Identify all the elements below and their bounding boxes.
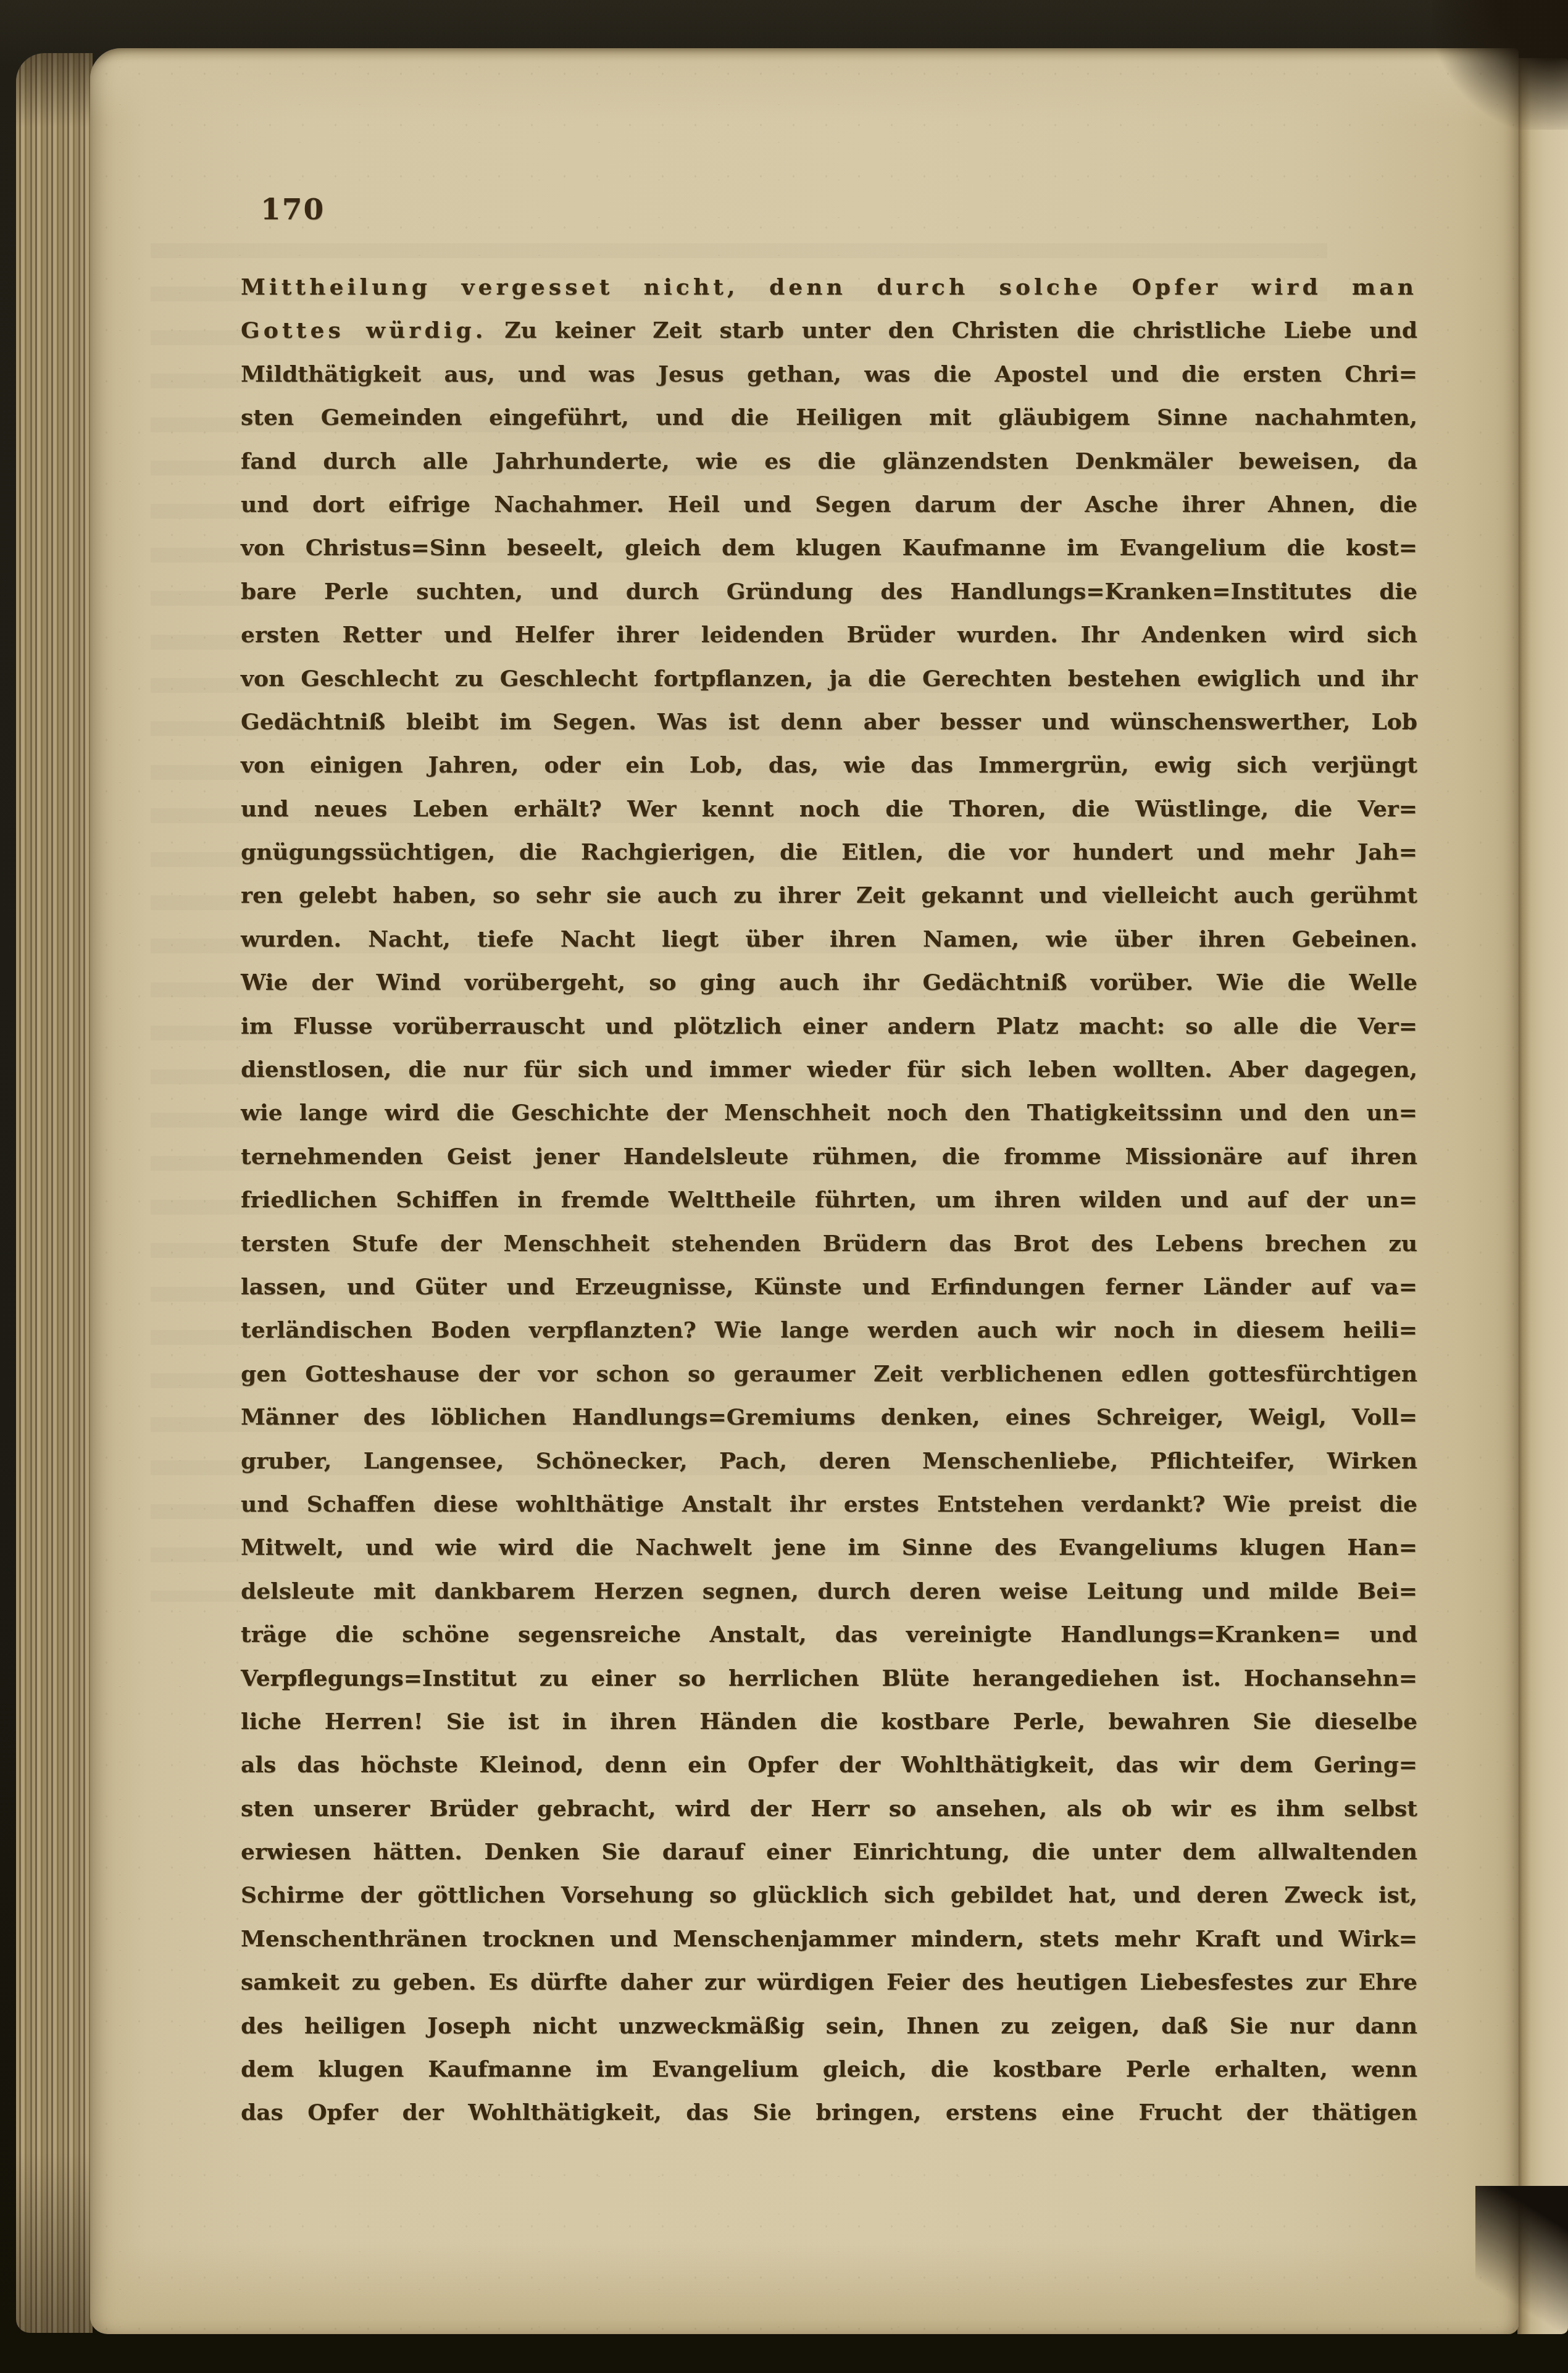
text-line: Mittheilung vergesset nicht, denn durch … (241, 266, 1417, 309)
text-line: und dort eifrige Nachahmer. Heil und Seg… (241, 483, 1417, 526)
text-line: das Opfer der Wohlthätigkeit, das Sie br… (241, 2091, 1417, 2134)
text-line: wie lange wird die Geschichte der Mensch… (241, 1091, 1417, 1134)
emphasized-text: Gottes würdig. (241, 317, 486, 343)
text-line: liche Herren! Sie ist in ihren Händen di… (241, 1700, 1417, 1743)
text-line: wurden. Nacht, tiefe Nacht liegt über ih… (241, 918, 1417, 961)
text-line: terländischen Boden verpflanzten? Wie la… (241, 1308, 1417, 1352)
text-line: tersten Stufe der Menschheit stehenden B… (241, 1222, 1417, 1265)
text-line: Wie der Wind vorübergeht, so ging auch i… (241, 961, 1417, 1004)
text-line: friedlichen Schiffen in fremde Welttheil… (241, 1178, 1417, 1221)
emphasized-text: Mittheilung vergesset nicht, denn durch … (241, 274, 1417, 300)
text-line: samkeit zu geben. Es dürfte daher zur wü… (241, 1961, 1417, 2004)
text-line: dienstlosen, die nur für sich und immer … (241, 1048, 1417, 1091)
text-line: Mildthätigkeit aus, und was Jesus gethan… (241, 353, 1417, 396)
text-line: lassen, und Güter und Erzeugnisse, Künst… (241, 1265, 1417, 1308)
page-number: 170 (261, 193, 325, 227)
text-line: und Schaffen diese wohlthätige Anstalt i… (241, 1483, 1417, 1526)
text-line: im Flusse vorüberrauscht und plötzlich e… (241, 1005, 1417, 1048)
text-line: ternehmenden Geist jener Handelsleute rü… (241, 1135, 1417, 1178)
text-line: Schirme der göttlichen Vorsehung so glüc… (241, 1873, 1417, 1917)
text-line: erwiesen hätten. Denken Sie darauf einer… (241, 1830, 1417, 1873)
text-line: träge die schöne segensreiche Anstalt, d… (241, 1613, 1417, 1656)
page-edge-stack (16, 53, 93, 2333)
text-line: gen Gotteshause der vor schon so geraume… (241, 1352, 1417, 1396)
text-line: gruber, Langensee, Schönecker, Pach, der… (241, 1439, 1417, 1483)
text-line: ersten Retter und Helfer ihrer leidenden… (241, 613, 1417, 656)
text-line: Mitwelt, und wie wird die Nachwelt jene … (241, 1526, 1417, 1569)
text-line: Männer des löblichen Handlungs=Gremiums … (241, 1396, 1417, 1439)
text-line: des heiligen Joseph nicht unzweckmäßig s… (241, 2004, 1417, 2048)
gutter-shadow-top (1432, 0, 1568, 130)
text-line: delsleute mit dankbarem Herzen segnen, d… (241, 1570, 1417, 1613)
text-line: dem klugen Kaufmanne im Evangelium gleic… (241, 2048, 1417, 2091)
adjacent-page-edge (1517, 58, 1568, 2334)
text-line: Gedächtniß bleibt im Segen. Was ist denn… (241, 700, 1417, 743)
text-line: von Christus=Sinn beseelt, gleich dem kl… (241, 526, 1417, 569)
text-line: von einigen Jahren, oder ein Lob, das, w… (241, 743, 1417, 787)
text-line: ren gelebt haben, so sehr sie auch zu ih… (241, 874, 1417, 917)
text-line: und neues Leben erhält? Wer kennt noch d… (241, 787, 1417, 831)
text-line: sten Gemeinden eingeführt, und die Heili… (241, 396, 1417, 439)
text-line: Verpflegungs=Institut zu einer so herrli… (241, 1657, 1417, 1700)
text-line: sten unserer Brüder gebracht, wird der H… (241, 1787, 1417, 1830)
text-line: Gottes würdig. Zu keiner Zeit starb unte… (241, 309, 1417, 352)
gutter-shadow-bottom (1475, 2186, 1568, 2373)
text-line: gnügungssüchtigen, die Rachgierigen, die… (241, 831, 1417, 874)
book-page: 170 Mittheilung vergesset nicht, denn du… (90, 48, 1519, 2334)
text-line: bare Perle suchten, und durch Gründung d… (241, 570, 1417, 613)
text-line: von Geschlecht zu Geschlecht fortpflanze… (241, 657, 1417, 700)
body-text: Mittheilung vergesset nicht, denn durch … (241, 266, 1417, 2135)
text-line: Menschenthränen trocknen und Menschenjam… (241, 1917, 1417, 1961)
text-line: als das höchste Kleinod, denn ein Opfer … (241, 1743, 1417, 1786)
text-line: fand durch alle Jahrhunderte, wie es die… (241, 440, 1417, 483)
book-scan: 170 Mittheilung vergesset nicht, denn du… (0, 0, 1568, 2373)
